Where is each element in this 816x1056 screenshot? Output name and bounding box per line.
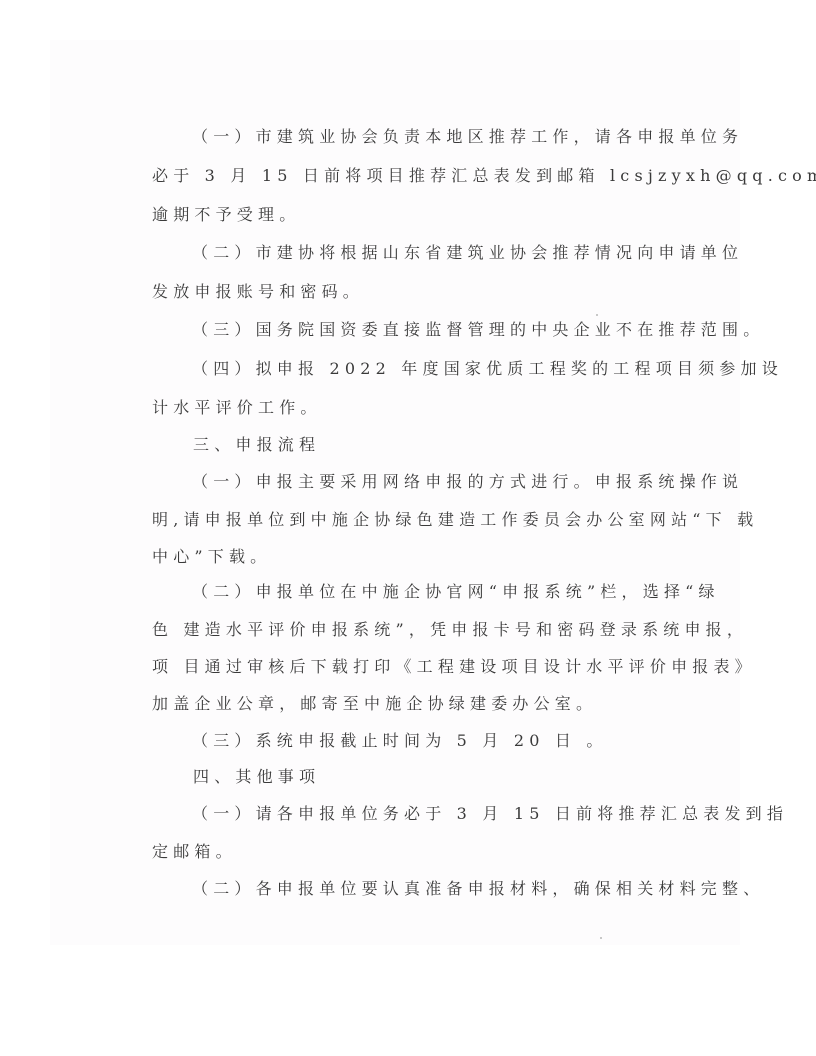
- paragraph-line-print-form: 项 目通过审核后下载打印《工程建设项目设计水平评价申报表》: [152, 652, 662, 682]
- section-heading-other-matters: 四、其他事项: [193, 762, 703, 792]
- section-heading-application-process: 三、申报流程: [193, 430, 703, 460]
- paragraph-line-design-evaluation: 计水平评价工作。: [152, 393, 662, 423]
- paragraph-line-account-issue: （二）市建协将根据山东省建筑业协会推荐情况向申请单位: [192, 238, 702, 268]
- paragraph-line-email-deadline: 必于 3 月 15 日前将项目推荐汇总表发到邮箱 lcsjzyxh@qq.com…: [152, 161, 662, 191]
- paragraph-line-online-application: （一）申报主要采用网络申报的方式进行。申报系统操作说: [192, 467, 702, 497]
- paragraph-line-submit-summary: （一）请各申报单位务必于 3 月 15 日前将推荐汇总表发到指: [192, 799, 702, 829]
- scan-speck: [600, 937, 602, 939]
- paragraph-line-national-award: （四）拟申报 2022 年度国家优质工程奖的工程项目须参加设: [192, 354, 702, 384]
- paragraph-line-download-center: 明,请申报单位到中施企协绿色建造工作委员会办公室网站“下 载: [152, 505, 662, 535]
- paragraph-line-recommendation-duty: （一）市建筑业协会负责本地区推荐工作，请各申报单位务: [192, 122, 702, 152]
- paragraph-line-application-system: （二）申报单位在中施企协官网“申报系统”栏，选择“绿: [192, 577, 702, 607]
- scan-speck: [596, 314, 598, 316]
- paragraph-line-designated-email: 定邮箱。: [152, 837, 662, 867]
- paragraph-line-login-system: 色 建造水平评价申报系统”，凭申报卡号和密码登录系统申报，: [152, 615, 662, 645]
- paragraph-line-account-password: 发放申报账号和密码。: [152, 277, 662, 307]
- paragraph-line-system-deadline: （三）系统申报截止时间为 5 月 20 日 。: [192, 726, 702, 756]
- paragraph-line-download: 中心”下载。: [152, 542, 662, 572]
- paragraph-line-overdue: 逾期不予受理。: [152, 200, 662, 230]
- paragraph-line-mail-office: 加盖企业公章，邮寄至中施企协绿建委办公室。: [152, 689, 662, 719]
- paragraph-line-prepare-materials: （二）各申报单位要认真准备申报材料，确保相关材料完整、: [192, 874, 702, 904]
- paragraph-line-central-enterprises: （三）国务院国资委直接监督管理的中央企业不在推荐范围。: [192, 315, 702, 345]
